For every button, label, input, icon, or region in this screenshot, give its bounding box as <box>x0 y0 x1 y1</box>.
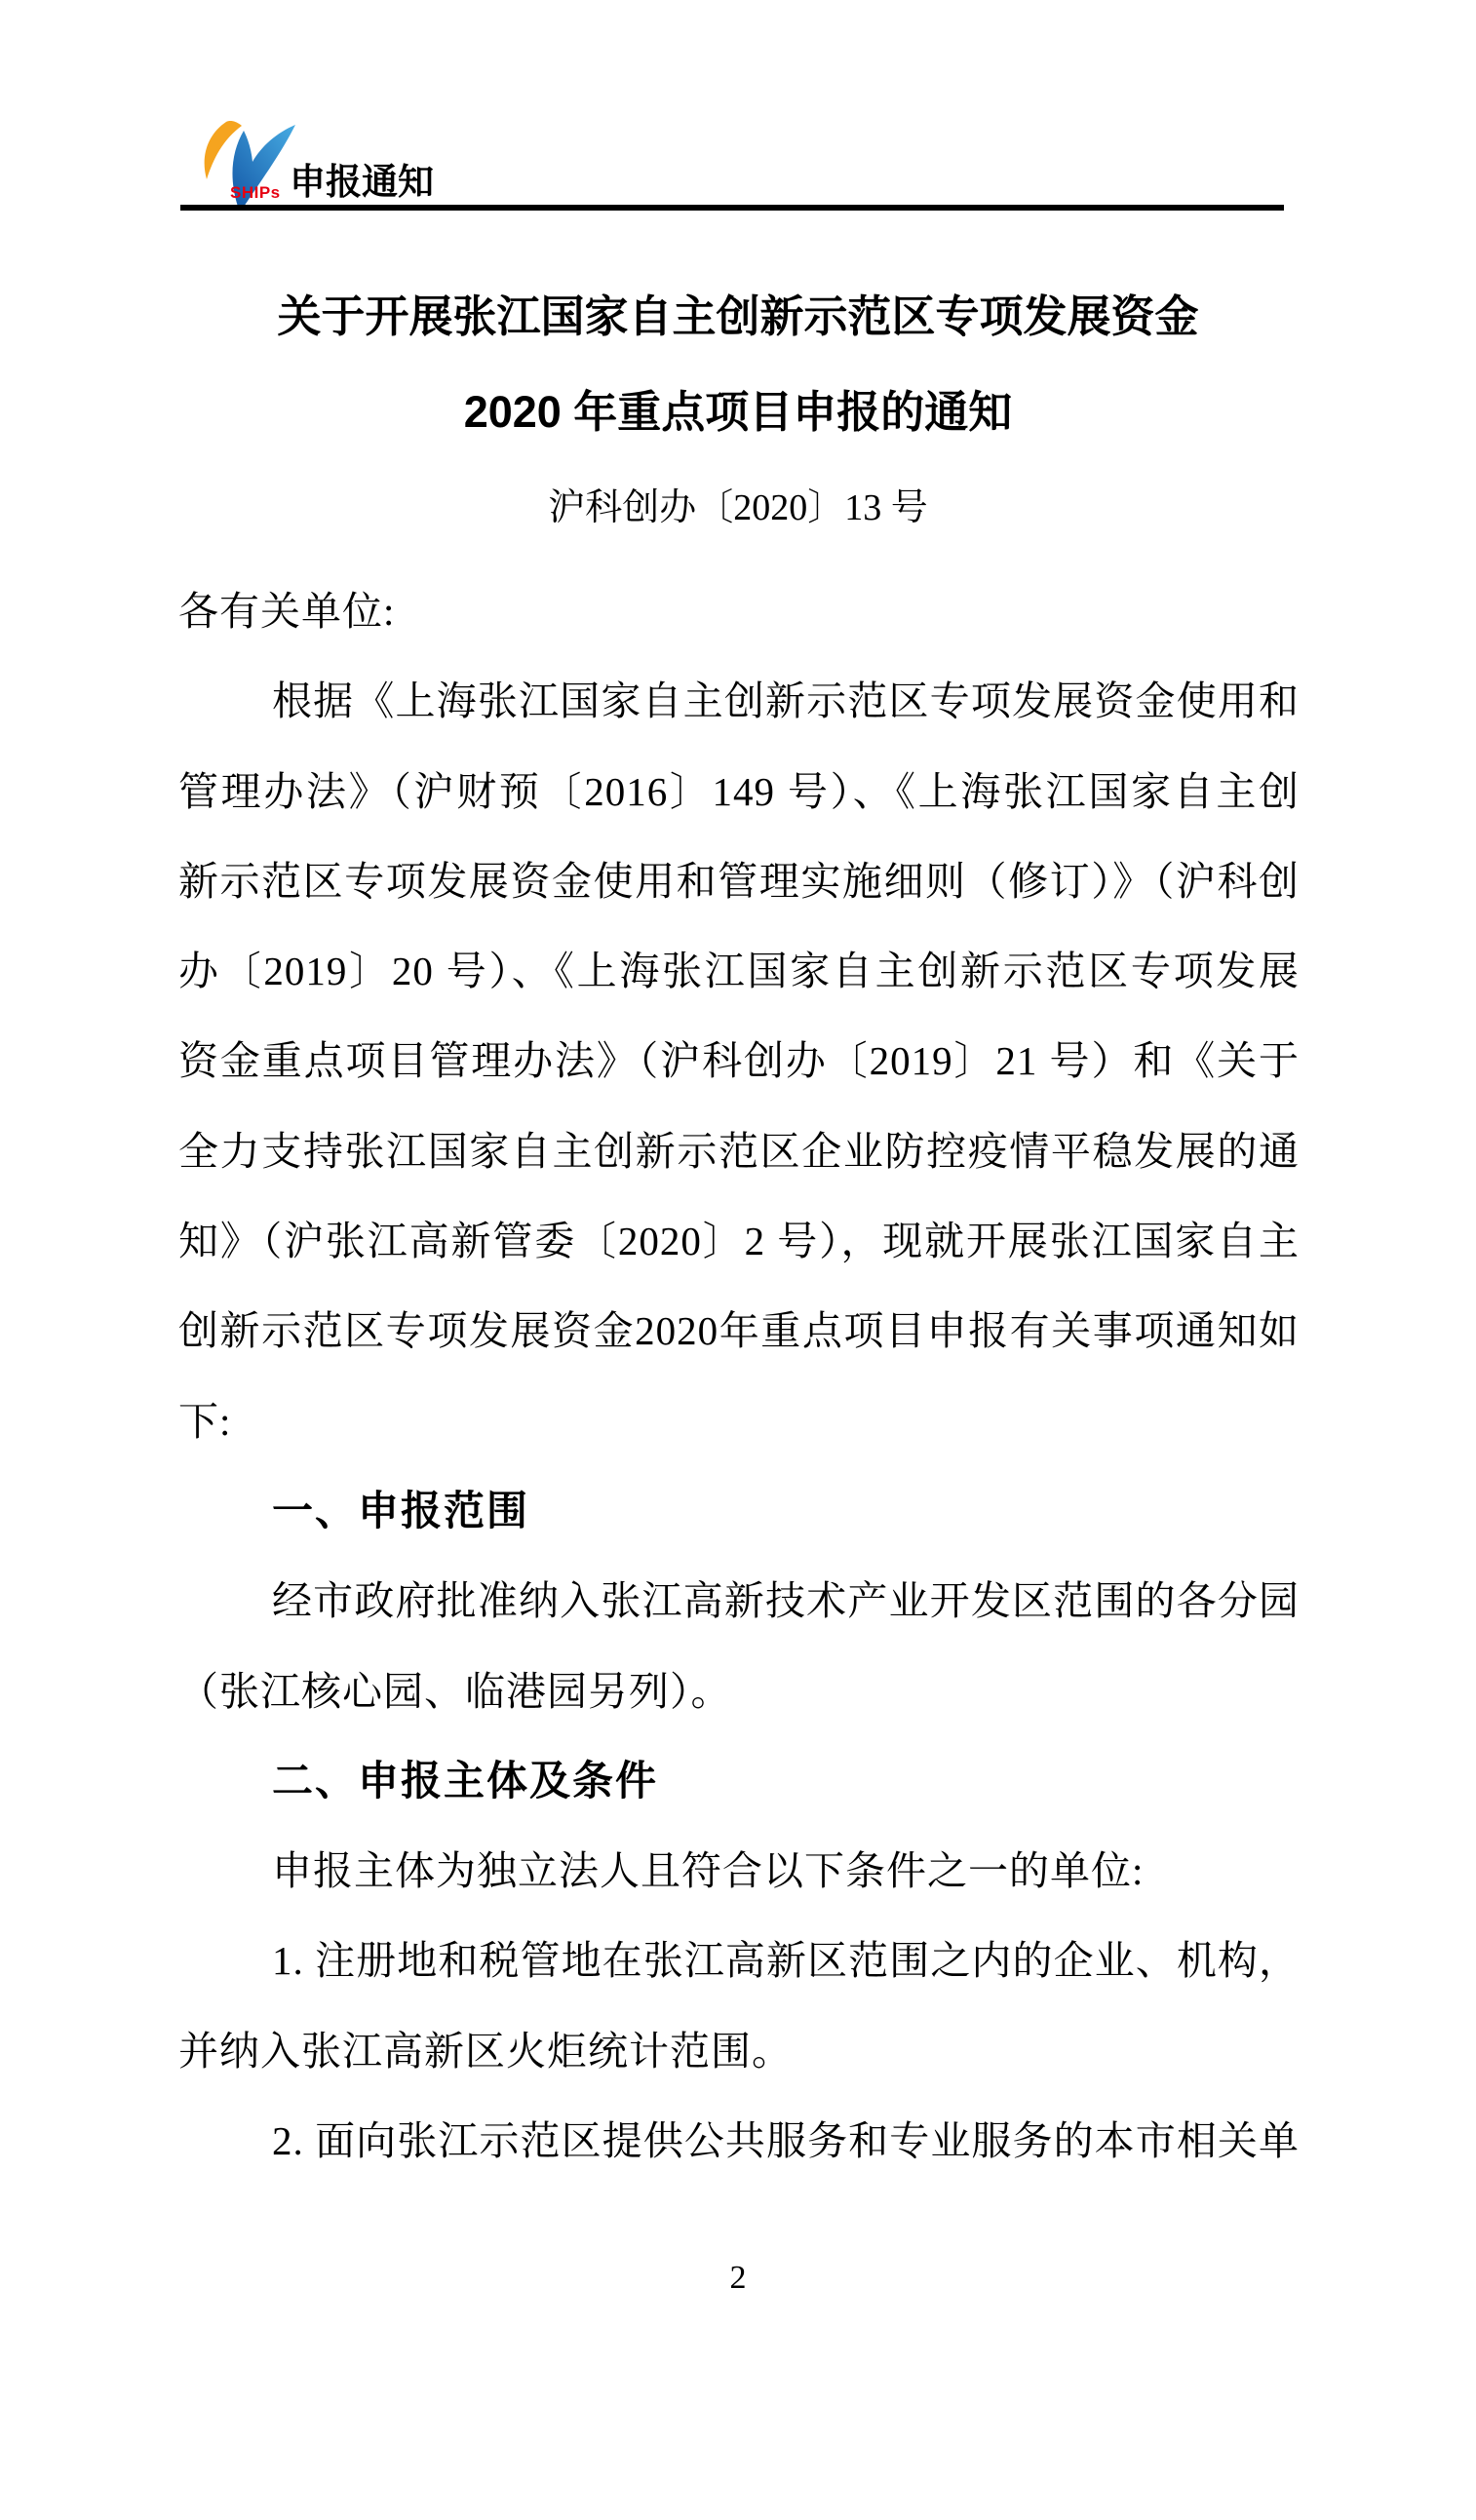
section-heading-two: 二、申报主体及条件 <box>178 1736 1300 1826</box>
paragraph-intro-line: 下: <box>178 1376 1300 1466</box>
paragraph-intro-line: 创新示范区专项发展资金2020年重点项目申报有关事项通知如 <box>178 1286 1300 1376</box>
list-item-1-line: 并纳入张江高新区火炬统计范围。 <box>178 2006 1300 2096</box>
paragraph-intro-line: 资金重点项目管理办法》（沪科创办〔2019〕21 号）和《关于 <box>178 1016 1300 1105</box>
paragraph-scope-line: （张江核心园、临港园另列）。 <box>178 1647 1300 1736</box>
salutation: 各有关单位: <box>178 566 1300 656</box>
document-title-line-2: 2020 年重点项目申报的通知 <box>0 378 1476 446</box>
list-item-2-line: 2. 面向张江示范区提供公共服务和专业服务的本市相关单 <box>178 2096 1300 2186</box>
header-doc-type-label: 申报通知 <box>290 163 434 202</box>
paragraph-subject-line: 申报主体为独立法人且符合以下条件之一的单位: <box>178 1826 1300 1916</box>
header-rule <box>180 205 1284 211</box>
paragraph-scope-line: 经市政府批准纳入张江高新技术产业开发区范围的各分园 <box>178 1556 1300 1646</box>
paragraph-intro-line: 管理办法》（沪财预〔2016〕149 号）、《上海张江国家自主创 <box>178 747 1300 836</box>
document-page: SHIPs 申报通知 关于开展张江国家自主创新示范区专项发展资金 2020 年重… <box>0 0 1476 2520</box>
paragraph-intro-line: 全力支持张江国家自主创新示范区企业防控疫情平稳发展的通 <box>178 1106 1300 1196</box>
paragraph-intro-line: 新示范区专项发展资金使用和管理实施细则（修订）》（沪科创 <box>178 836 1300 926</box>
paragraph-intro-line: 知》（沪张江高新管委〔2020〕2 号），现就开展张江国家自主 <box>178 1196 1300 1286</box>
document-title-line-1: 关于开展张江国家自主创新示范区专项发展资金 <box>0 283 1476 351</box>
list-item-1-line: 1. 注册地和税管地在张江高新区范围之内的企业、机构， <box>178 1916 1300 2005</box>
paragraph-intro-line: 根据《上海张江国家自主创新示范区专项发展资金使用和 <box>178 656 1300 746</box>
logo-acronym-text: SHIPs <box>230 183 281 203</box>
page-number: 2 <box>0 2260 1476 2297</box>
document-number: 沪科创办〔2020〕13 号 <box>0 474 1476 542</box>
document-body: 各有关单位: 根据《上海张江国家自主创新示范区专项发展资金使用和 管理办法》（沪… <box>178 566 1300 2186</box>
paragraph-intro-line: 办〔2019〕20 号）、《上海张江国家自主创新示范区专项发展 <box>178 926 1300 1016</box>
section-heading-one: 一、申报范围 <box>178 1466 1300 1556</box>
